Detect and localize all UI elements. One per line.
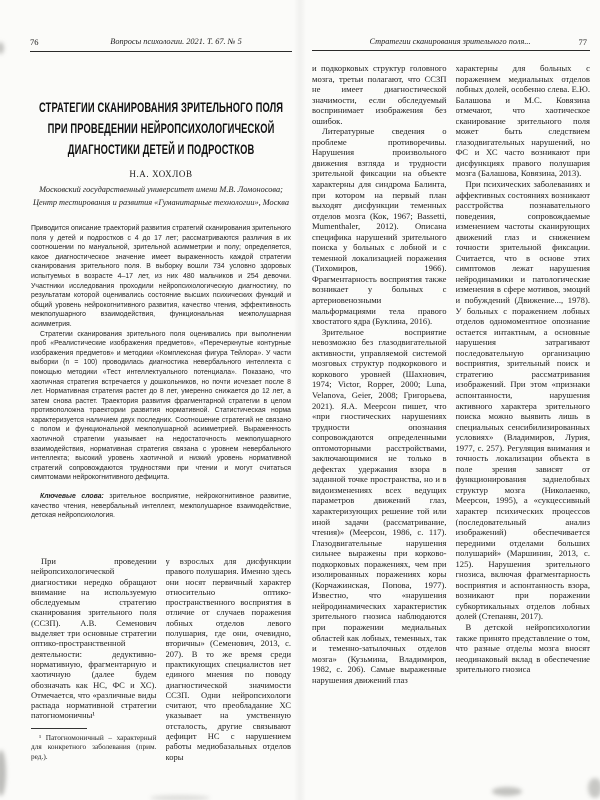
- body-paragraph: и подкорковых структур головного мозга, …: [312, 63, 447, 126]
- author-affiliation: Московский государственный университет и…: [30, 184, 292, 209]
- body-paragraph: Зрительное восприятие невозможно без гла…: [312, 327, 447, 686]
- page-gutter-shadow: [294, 0, 306, 800]
- body-paragraph: При проведении нейропсихологической диаг…: [31, 556, 157, 721]
- left-column-2: у взрослых для дисфункции правого полуша…: [166, 556, 292, 770]
- body-paragraph: Литературные сведения о проблеме противо…: [312, 126, 447, 326]
- right-page-number: 77: [579, 37, 588, 47]
- body-paragraph: При психических заболеваниях и аффективн…: [456, 179, 591, 622]
- footnote-rule: [31, 728, 87, 729]
- page-right: Стратегии сканирования зрительного поля.…: [300, 0, 600, 800]
- keywords-label: Ключевые слова:: [40, 493, 104, 500]
- left-page-number: 76: [30, 37, 39, 47]
- abstract-paragraph-2: Стратегии сканирования зрительного поля …: [31, 330, 291, 484]
- article-running-title: Стратегии сканирования зрительного поля.…: [340, 37, 560, 46]
- footnote: ¹ Патогномоничный – характерный для конк…: [31, 733, 157, 761]
- scan-artifact: [492, 787, 522, 796]
- abstract-paragraph-1: Приводится описание траекторий развития …: [31, 224, 291, 330]
- right-column-1: и подкорковых структур головного мозга, …: [312, 63, 447, 772]
- affiliation-line-2: Центр тестирования и развития «Гуманитар…: [30, 197, 292, 210]
- body-paragraph: В детской нейропсихологии также принято …: [456, 622, 591, 675]
- journal-spread: 76 Вопросы психологии. 2021. Т. 67. № 5 …: [0, 0, 600, 800]
- keywords: Ключевые слова: зрительное восприятие, н…: [31, 492, 291, 521]
- right-page-body: и подкорковых структур головного мозга, …: [312, 63, 590, 772]
- scan-artifact: [588, 778, 600, 798]
- header-rule: [30, 51, 292, 52]
- right-column-2: характерны для больных с поражением меди…: [456, 63, 591, 772]
- page-left: 76 Вопросы психологии. 2021. Т. 67. № 5 …: [0, 0, 300, 800]
- article-title: СТРАТЕГИИ СКАНИРОВАНИЯ ЗРИТЕЛЬНОГО ПОЛЯ …: [31, 97, 291, 160]
- left-column-1: При проведении нейропсихологической диаг…: [31, 556, 157, 770]
- abstract: Приводится описание траекторий развития …: [31, 224, 291, 521]
- journal-running-title: Вопросы психологии. 2021. Т. 67. № 5: [60, 37, 292, 46]
- scan-artifact: [150, 795, 210, 800]
- header-rule: [312, 50, 590, 51]
- body-paragraph: характерны для больных с поражением меди…: [456, 63, 591, 179]
- affiliation-line-1: Московский государственный университет и…: [30, 184, 292, 197]
- left-page-body: При проведении нейропсихологической диаг…: [31, 556, 291, 770]
- body-paragraph: у взрослых для дисфункции правого полуша…: [166, 556, 292, 762]
- author-name: Н.А. ХОХЛОВ: [30, 169, 292, 179]
